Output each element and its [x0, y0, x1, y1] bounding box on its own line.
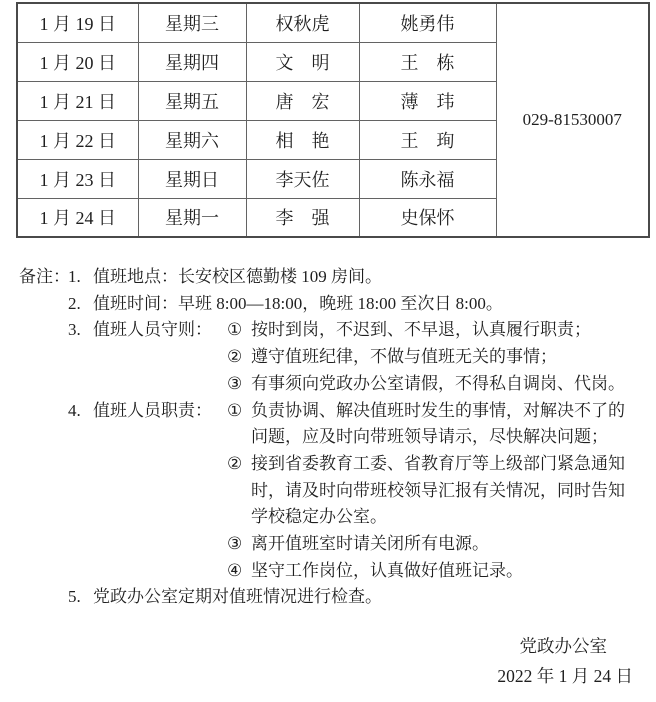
- day-duty-person-cell: 李 强: [246, 198, 359, 237]
- day-duty-person-cell: 相 艳: [246, 120, 359, 159]
- weekday-cell: 星期三: [138, 3, 246, 42]
- note-sub-label: 值班人员职责：: [93, 398, 227, 585]
- note-item-5: 5. 党政办公室定期对值班情况进行检查。: [68, 584, 656, 611]
- date-cell: 1 月 19 日: [17, 3, 138, 42]
- day-duty-person-cell: 唐 宏: [246, 81, 359, 120]
- note-number: 1.: [68, 264, 93, 291]
- weekday-cell: 星期六: [138, 120, 246, 159]
- note-item-3: 3. 值班人员守则： ① 按时到岗，不迟到、不早退，认真履行职责； ②: [68, 317, 656, 397]
- circled-number-marker: ③: [227, 531, 251, 558]
- sub-item-text: 负责协调、解决值班时发生的事情，对解决不了的问题，应及时向带班领导请示，尽快解决…: [251, 398, 631, 451]
- date-cell: 1 月 21 日: [17, 81, 138, 120]
- duty-schedule-document: 1 月 19 日 星期三 权秋虎 姚勇伟 029-81530007 1 月 20…: [0, 0, 656, 702]
- note-item-1: 1. 值班地点：长安校区德勤楼 109 房间。: [68, 264, 656, 291]
- note-sub-label: 值班人员守则：: [93, 317, 227, 397]
- notes-section: 备注： 1. 值班地点：长安校区德勤楼 109 房间。 2. 值班时间：早班 8…: [19, 264, 656, 611]
- circled-number-marker: ③: [227, 371, 251, 398]
- sub-item: ③ 有事须向党政办公室请假，不得私自调岗、代岗。: [227, 371, 656, 398]
- date-cell: 1 月 20 日: [17, 42, 138, 81]
- duty-schedule-table: 1 月 19 日 星期三 权秋虎 姚勇伟 029-81530007 1 月 20…: [16, 2, 650, 238]
- note-number: 5.: [68, 584, 93, 611]
- date-cell: 1 月 24 日: [17, 198, 138, 237]
- sub-item: ② 接到省委教育工委、省教育厅等上级部门紧急通知时，请及时向带班校领导汇报有关情…: [227, 451, 656, 531]
- circled-number-marker: ②: [227, 344, 251, 371]
- sub-item: ④ 坚守工作岗位，认真做好值班记录。: [227, 558, 656, 585]
- note-number: 2.: [68, 291, 93, 318]
- sub-item-text: 有事须向党政办公室请假，不得私自调岗、代岗。: [251, 371, 631, 398]
- sub-item-text: 接到省委教育工委、省教育厅等上级部门紧急通知时，请及时向带班校领导汇报有关情况，…: [251, 451, 631, 531]
- note-item-2: 2. 值班时间：早班 8:00—18:00，晚班 18:00 至次日 8:00。: [68, 291, 656, 318]
- weekday-cell: 星期一: [138, 198, 246, 237]
- day-duty-person-cell: 权秋虎: [246, 3, 359, 42]
- day-duty-person-cell: 文 明: [246, 42, 359, 81]
- note-item-4: 4. 值班人员职责： ① 负责协调、解决值班时发生的事情，对解决不了的问题，应及…: [68, 398, 656, 585]
- sub-item: ③ 离开值班室时请关闭所有电源。: [227, 531, 656, 558]
- circled-number-marker: ①: [227, 317, 251, 344]
- note-text: 值班地点：长安校区德勤楼 109 房间。: [93, 264, 656, 291]
- sub-item-text: 离开值班室时请关闭所有电源。: [251, 531, 631, 558]
- night-duty-person-cell: 史保怀: [359, 198, 496, 237]
- notes-label: 备注：: [19, 264, 68, 611]
- note-number: 4.: [68, 398, 93, 585]
- note-text: 党政办公室定期对值班情况进行检查。: [93, 584, 656, 611]
- night-duty-person-cell: 薄 玮: [359, 81, 496, 120]
- weekday-cell: 星期日: [138, 159, 246, 198]
- table-row: 1 月 19 日 星期三 权秋虎 姚勇伟 029-81530007: [17, 3, 649, 42]
- circled-number-marker: ①: [227, 398, 251, 451]
- sub-item: ① 按时到岗，不迟到、不早退，认真履行职责；: [227, 317, 656, 344]
- night-duty-person-cell: 姚勇伟: [359, 3, 496, 42]
- date-cell: 1 月 23 日: [17, 159, 138, 198]
- weekday-cell: 星期五: [138, 81, 246, 120]
- phone-number-cell: 029-81530007: [496, 3, 649, 237]
- night-duty-person-cell: 王 珣: [359, 120, 496, 159]
- signature-date: 2022 年 1 月 24 日: [0, 661, 656, 691]
- note-text: 值班时间：早班 8:00—18:00，晚班 18:00 至次日 8:00。: [93, 291, 656, 318]
- signature-org: 党政办公室: [0, 631, 656, 661]
- night-duty-person-cell: 王 栋: [359, 42, 496, 81]
- circled-number-marker: ④: [227, 558, 251, 585]
- date-cell: 1 月 22 日: [17, 120, 138, 159]
- sub-item: ① 负责协调、解决值班时发生的事情，对解决不了的问题，应及时向带班领导请示，尽快…: [227, 398, 656, 451]
- sub-item: ② 遵守值班纪律，不做与值班无关的事情；: [227, 344, 656, 371]
- circled-number-marker: ②: [227, 451, 251, 531]
- sub-item-text: 按时到岗，不迟到、不早退，认真履行职责；: [251, 317, 631, 344]
- weekday-cell: 星期四: [138, 42, 246, 81]
- sub-item-text: 遵守值班纪律，不做与值班无关的事情；: [251, 344, 631, 371]
- sub-item-text: 坚守工作岗位，认真做好值班记录。: [251, 558, 631, 585]
- night-duty-person-cell: 陈永福: [359, 159, 496, 198]
- note-number: 3.: [68, 317, 93, 397]
- day-duty-person-cell: 李天佐: [246, 159, 359, 198]
